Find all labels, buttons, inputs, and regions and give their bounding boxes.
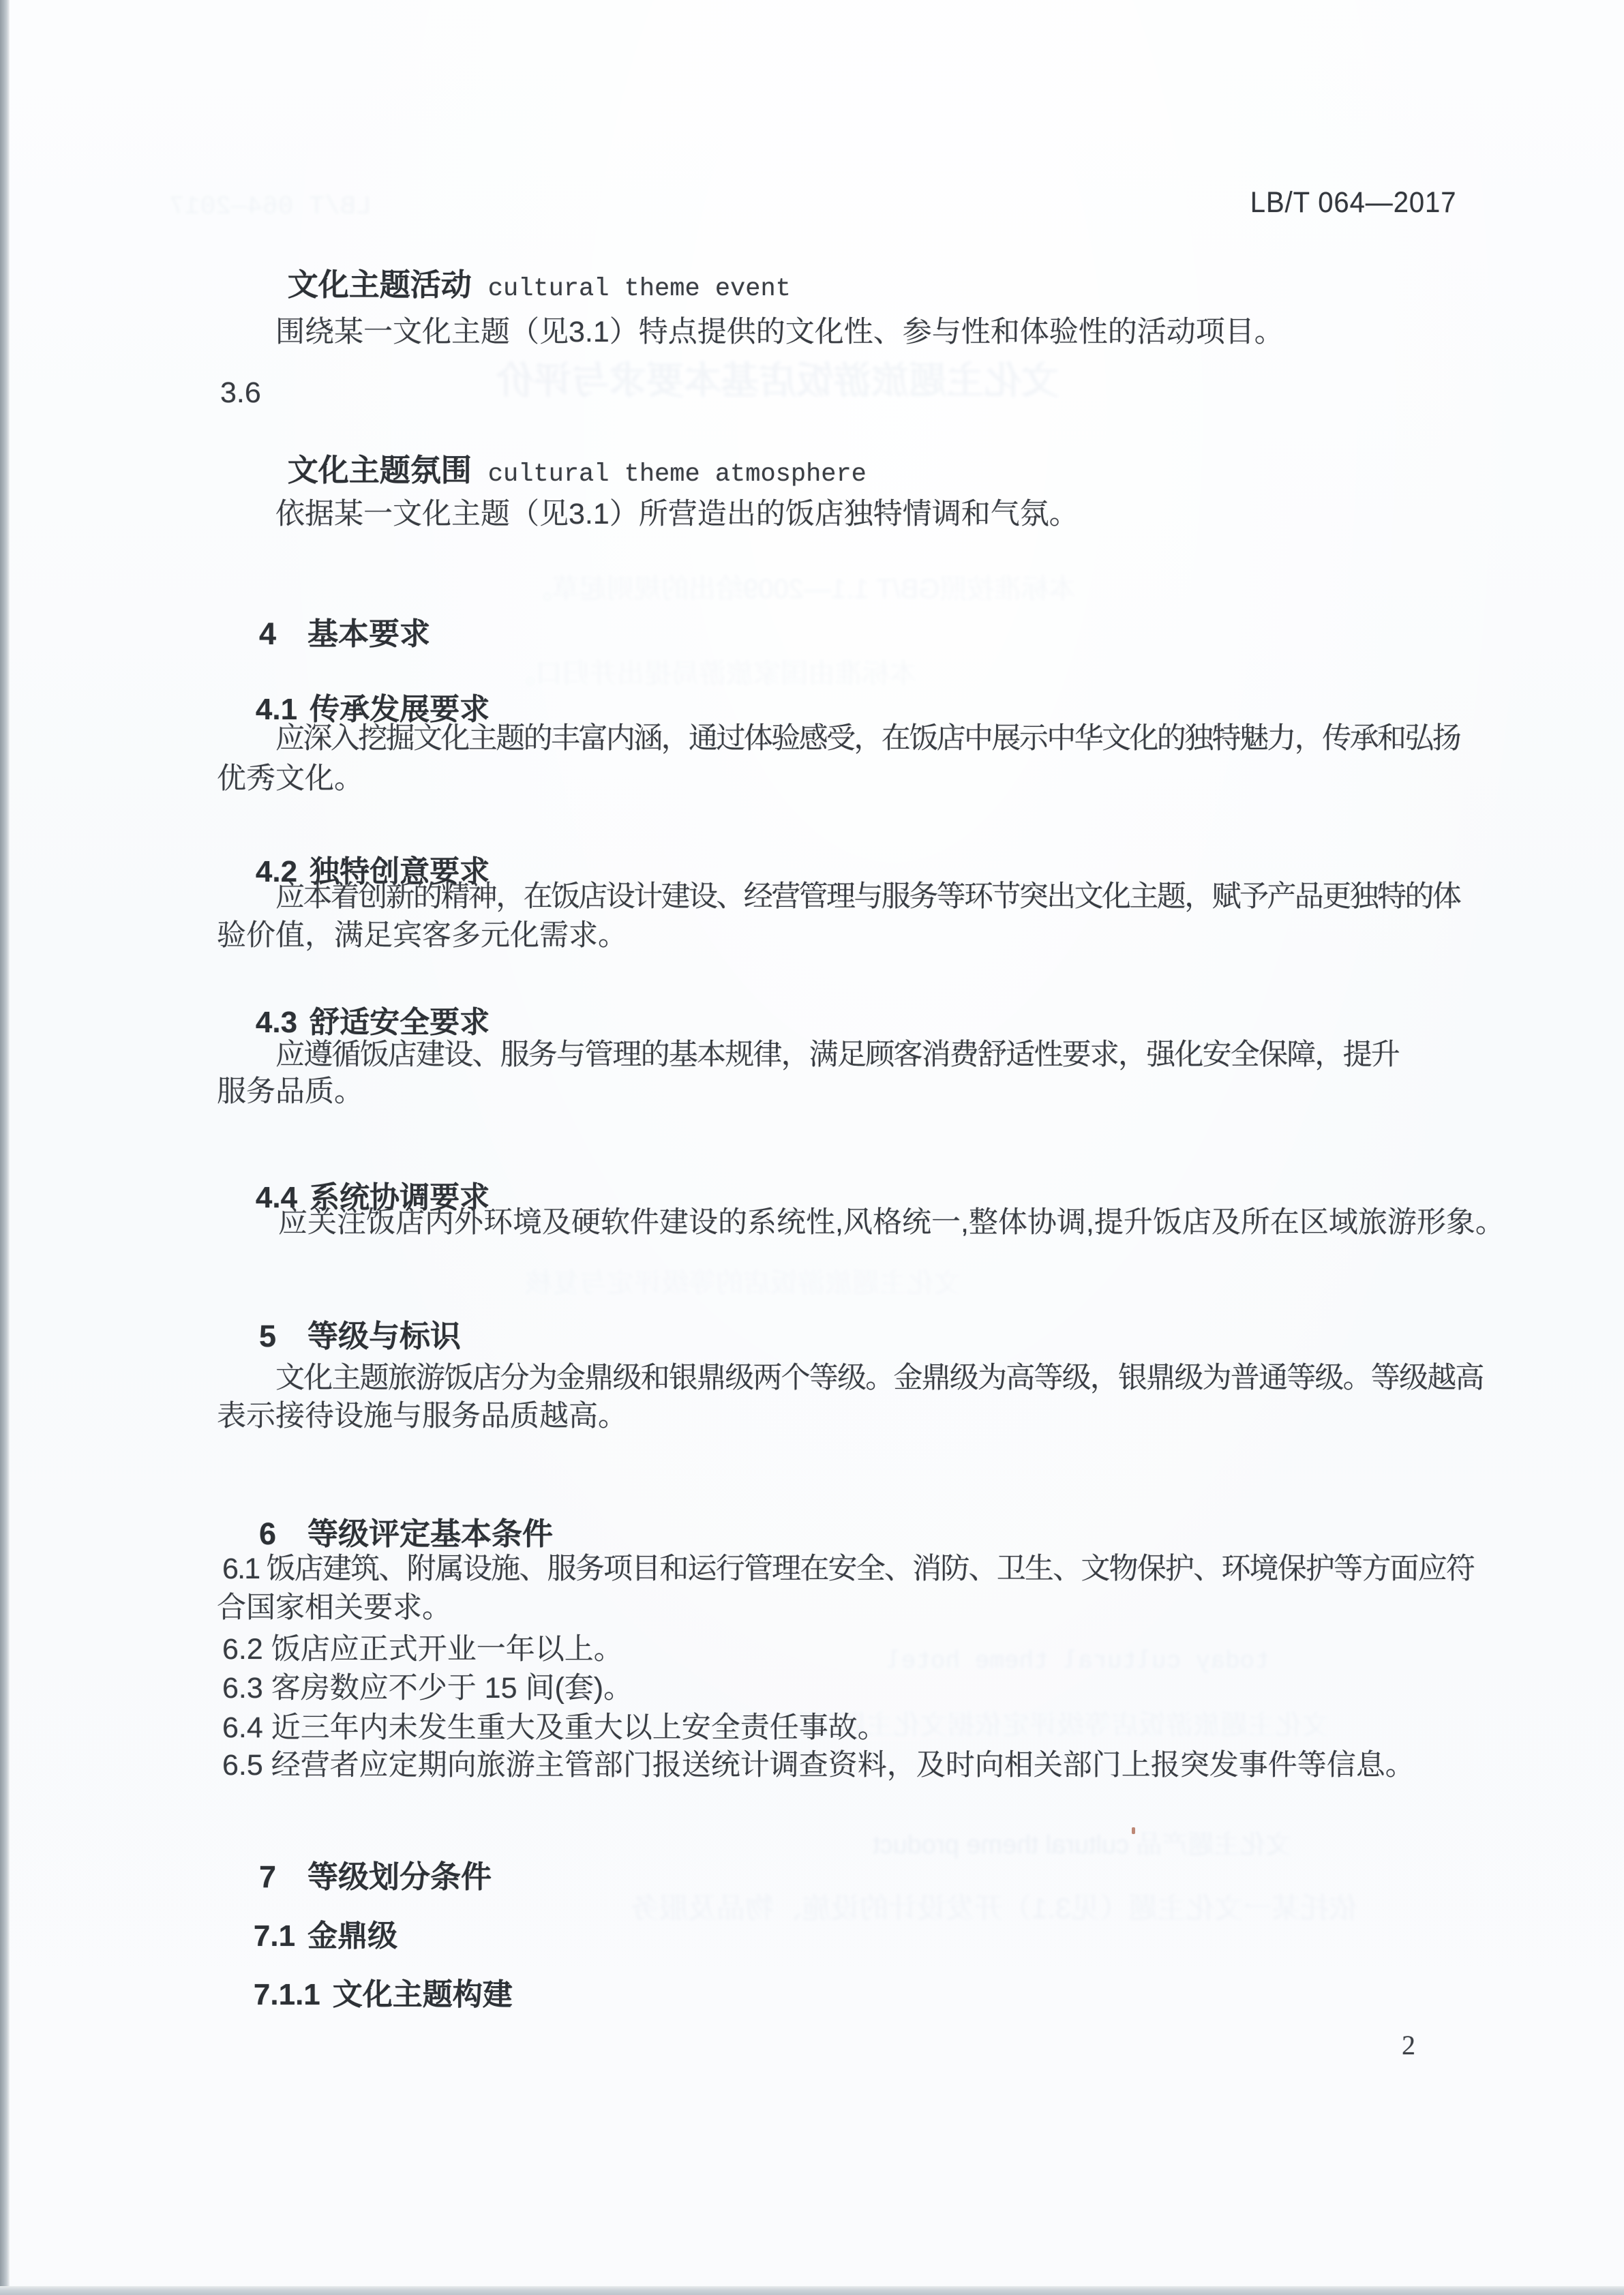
section-number: 5 <box>259 1319 276 1353</box>
bleed-through-ghost: LB/T 064—2017 <box>169 192 371 222</box>
clause-6-1-line-2: 合国家相关要求。 <box>217 1591 451 1625</box>
paragraph-line: 应深入挖掘文化主题的丰富内涵，通过体验感受，在饭店中展示中华文化的独特魅力，传承… <box>275 721 1460 756</box>
paragraph-line: 应遵循饭店建设、服务与管理的基本规律，满足顾客消费舒适性要求，强化安全保障，提升 <box>275 1038 1399 1072</box>
bleed-through-ghost: 文化主题旅游饭店的等级评定与复核 <box>525 1261 961 1300</box>
clause-6-5: 6.5 经营者应定期向旅游主管部门报送统计调查资料，及时向相关部门上报突发事件等… <box>222 1748 1415 1783</box>
subsection-number: 7.1.1 <box>254 1978 320 2011</box>
term-en: cultural theme atmosphere <box>488 460 867 489</box>
section-number: 6 <box>259 1516 276 1551</box>
paragraph-line: 文化主题旅游饭店分为金鼎级和银鼎级两个等级。金鼎级为高等级，银鼎级为普通等级。等… <box>275 1361 1484 1396</box>
term-cn: 文化主题活动 <box>288 267 472 302</box>
clause-6-2: 6.2 饭店应正式开业一年以上。 <box>222 1632 623 1667</box>
standard-code-header: LB/T 064—2017 <box>1250 185 1456 220</box>
bleed-through-ghost: 本标准由国家旅游局提出并归口。 <box>508 652 917 691</box>
scan-edge-bottom <box>0 2286 1624 2295</box>
paragraph-line: 应关注饭店内外环境及硬软件建设的系统性,风格统一,整体协调,提升饭店及所在区域旅… <box>278 1205 1505 1240</box>
clause-6-4: 6.4 近三年内未发生重大及重大以上安全责任事故。 <box>222 1711 887 1745</box>
section-number: 4 <box>259 616 276 651</box>
bleed-through-ghost: today cultural theme hotel <box>886 1647 1269 1675</box>
term-definition: 围绕某一文化主题（见3.1）特点提供的文化性、参与性和体验性的活动项目。 <box>275 315 1284 350</box>
bleed-through-ghost: 本标准按照GB/T 1.1—2009给出的规则起草。 <box>525 567 1076 606</box>
bleed-through-ghost: 依托某一文化主题（见3.1）开发设计的设施、物品及服务 <box>631 1886 1357 1927</box>
ink-speck <box>1132 1827 1135 1834</box>
term-heading: 文化主题活动cultural theme event <box>275 254 791 317</box>
bleed-through-ghost: 文化主题产品 cultural theme product <box>873 1823 1292 1861</box>
scan-edge-left <box>0 0 10 2295</box>
section-title: 等级评定基本条件 <box>307 1516 553 1551</box>
paragraph-line: 应本着创新的精神，在饭店设计建设、经营管理与服务等环节突出文化主题，赋予产品更独… <box>275 880 1460 914</box>
term-heading: 文化主题氛围cultural theme atmosphere <box>275 439 867 502</box>
subsection-heading-7-1-1: 7.1.1文化主题构建 <box>220 1942 513 2048</box>
paragraph-line: 表示接待设施与服务品质越高。 <box>217 1399 627 1434</box>
section-title: 基本要求 <box>307 616 430 651</box>
paragraph-line: 服务品质。 <box>217 1075 363 1109</box>
clause-6-1-line-1: 6.1 饭店建筑、附属设施、服务项目和运行管理在安全、消防、卫生、文物保护、环境… <box>222 1552 1474 1587</box>
subsection-number: 4.3 <box>256 1006 297 1039</box>
term-number: 3.6 <box>220 376 261 410</box>
term-cn: 文化主题氛围 <box>288 453 472 487</box>
term-definition: 依据某一文化主题（见3.1）所营造出的饭店独特情调和气氛。 <box>275 497 1079 532</box>
page-number: 2 <box>1402 2029 1415 2061</box>
bleed-through-ghost: 文化主题旅游饭店基本要求与评价 <box>496 350 1059 404</box>
clause-6-3: 6.3 客房数应不少于 15 间(套)。 <box>222 1671 633 1706</box>
subsection-title: 舒适安全要求 <box>310 1006 490 1039</box>
paragraph-line: 验价值，满足宾客多元化需求。 <box>217 918 627 953</box>
scanned-document-page: LB/T 064—2017 文化主题旅游饭店基本要求与评价 本标准按照GB/T … <box>0 0 1624 2295</box>
paragraph-line: 优秀文化。 <box>217 762 363 796</box>
subsection-title: 文化主题构建 <box>333 1978 513 2011</box>
section-title: 等级与标识 <box>307 1319 461 1353</box>
term-en: cultural theme event <box>488 275 791 303</box>
